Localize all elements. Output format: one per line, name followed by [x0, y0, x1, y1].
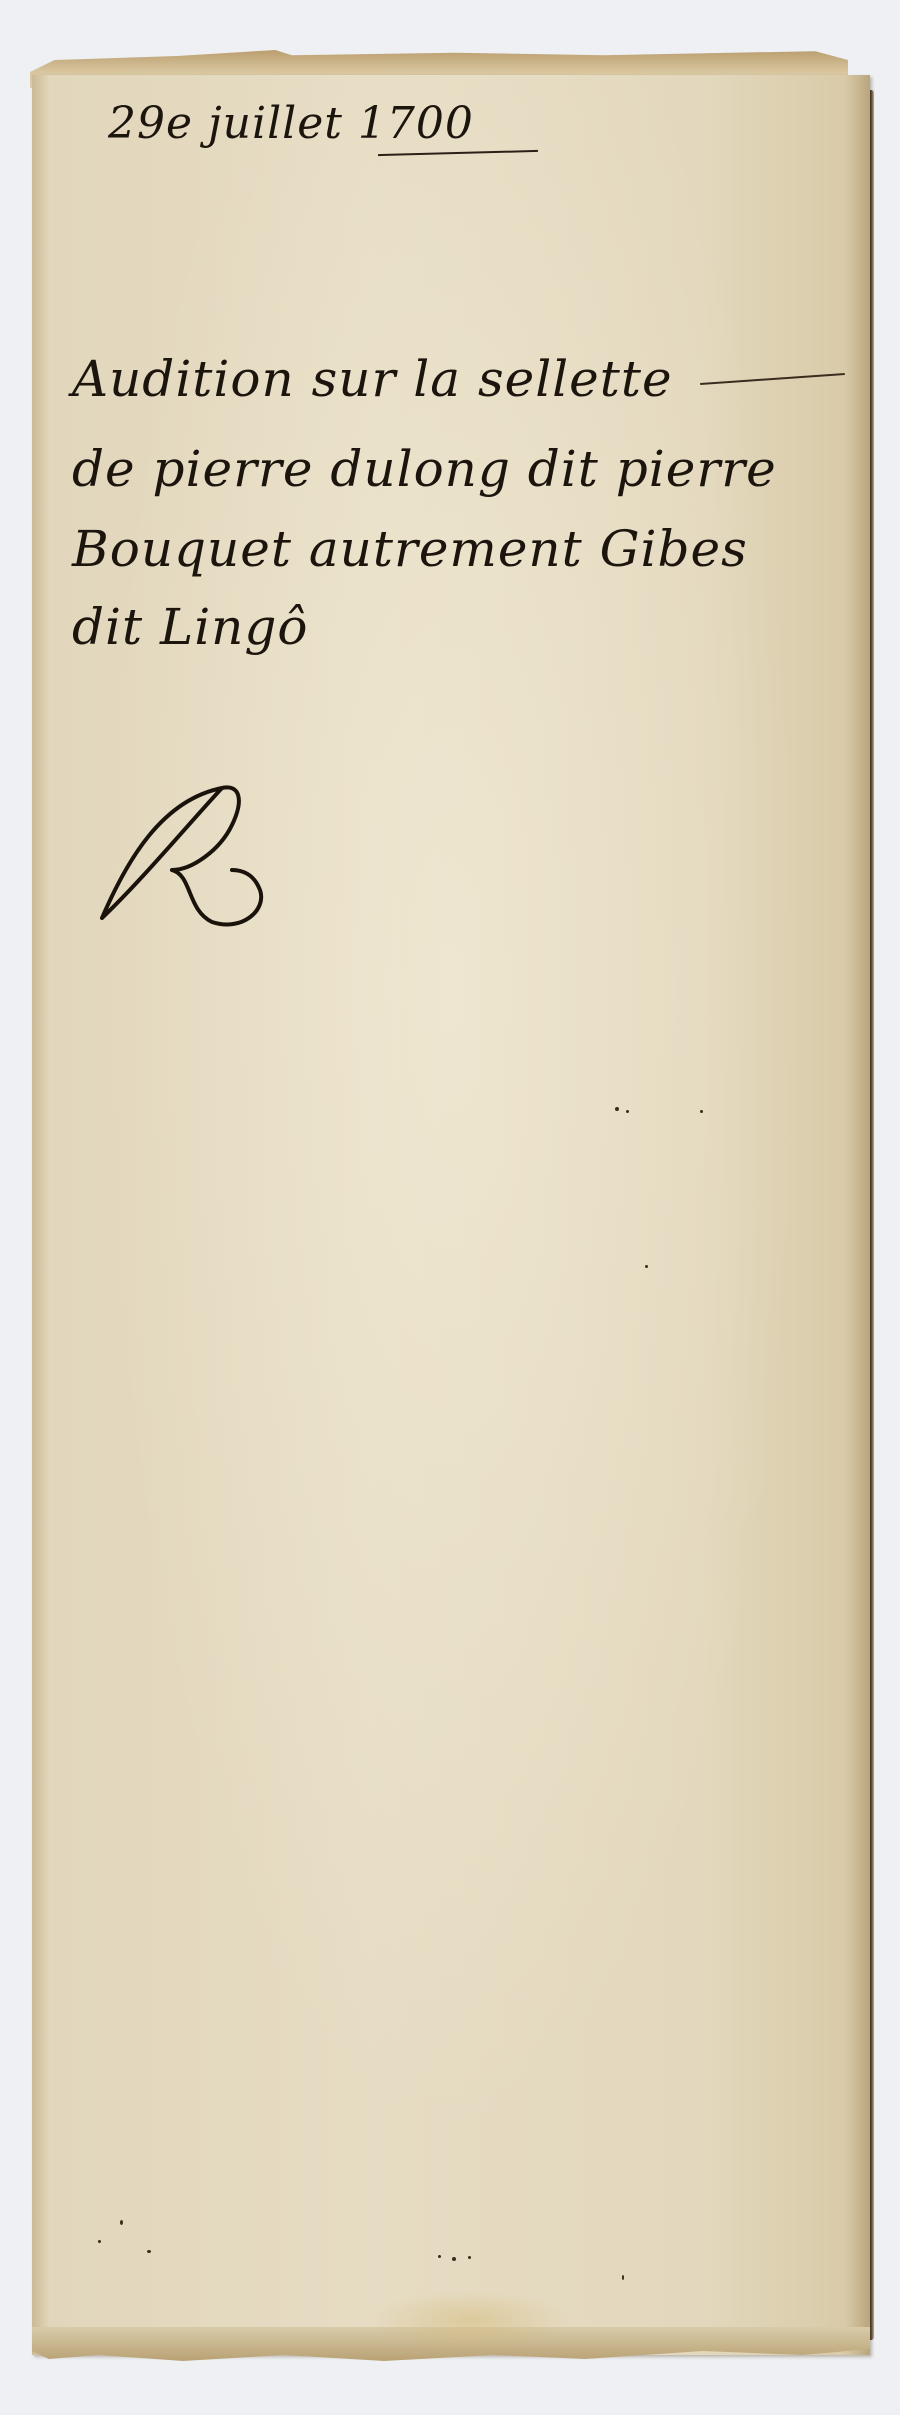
ink-speck [147, 2250, 151, 2253]
title-line-3: Bouquet autrement Gibes [72, 520, 748, 578]
title-line-1: Audition sur la sellette [72, 350, 673, 408]
ink-speck [615, 1107, 619, 1111]
ink-speck [438, 2255, 441, 2258]
ink-speck [468, 2256, 471, 2259]
ink-speck [98, 2240, 101, 2243]
ink-speck [645, 1265, 648, 1268]
ink-speck [622, 2275, 624, 2280]
manuscript-page [32, 75, 870, 2355]
water-stain [370, 2290, 570, 2350]
ink-speck [626, 1110, 629, 1113]
ink-speck [452, 2257, 456, 2261]
date-line: 29e juillet 1700 [108, 98, 474, 149]
ink-speck [120, 2220, 123, 2225]
r-mark-icon [82, 770, 272, 930]
ink-speck [700, 1110, 703, 1113]
title-line-4: dit Lingô [72, 598, 309, 656]
title-line-2: de pierre dulong dit pierre [72, 440, 777, 498]
